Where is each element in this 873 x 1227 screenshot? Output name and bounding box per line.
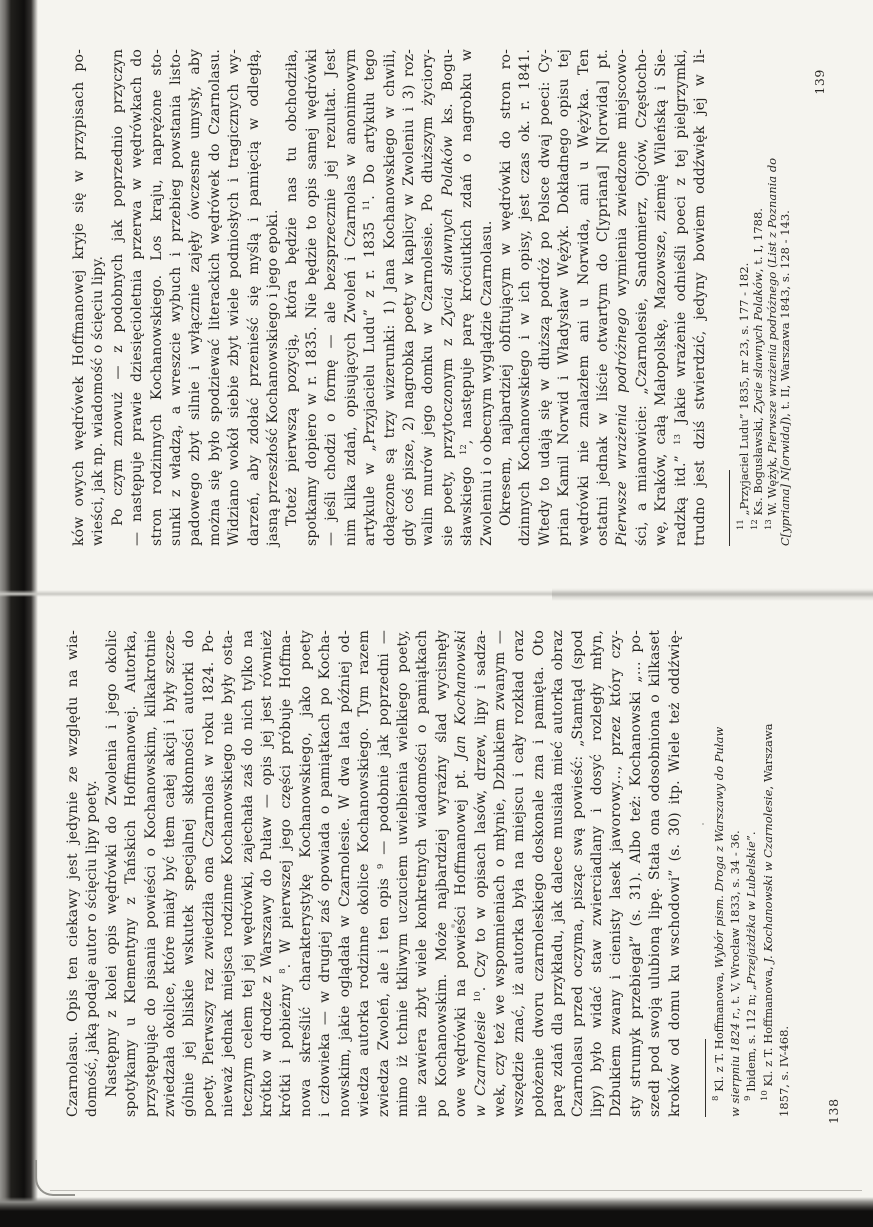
text-line: Zwoleniu i o obecnym wyglądzie Czarnolas… [478,49,497,546]
text-line: walin murów jego domku w Czarnolesie. Po… [419,49,438,546]
text-line: Toteż pierwszą pozycją, która będzie nas… [283,49,302,546]
text-line: dołączone są trzy wizerunki: 1) Jana Koc… [381,49,400,546]
footnote-line: C[ypriana] N[orwida]), t. II, Warszawa 1… [779,49,793,546]
text-line: nowskim, jakie oglądała w Czarnolesie. W… [336,630,355,1117]
page-number-139: 139 [812,69,827,149]
book-spread-rotated: Czarnolasu. Opis ten ciekawy jest jedyni… [0,0,873,1227]
text-line: gdy coś pisze, 2) nagrobka poety w kapli… [400,49,419,546]
text-line: padowego zbyt silnie i wyłącznie zajęły … [186,49,205,546]
footnote-rule-139 [729,470,730,546]
scanned-book-spread: Czarnolasu. Opis ten ciekawy jest jedyni… [0,0,873,1227]
text-line: położenie dworu czarnoleskiego doskonale… [530,630,549,1117]
footnote-line: 9 Ibidem, s. 112 n; „Przejażdżka w Lubel… [743,630,759,1117]
text-line: sty strumyk przebiegał” (s. 31). Albo te… [627,630,646,1117]
text-line: wiedza autorka rodzinne okolice Kochanow… [355,630,374,1117]
page-139-footnotes: 11 „Przyjaciel Ludu” 1835, nr 23, s. 177… [738,49,793,546]
text-line: wędrówki nie znalazłem ani u Norwida, an… [575,49,594,546]
text-line: wek, czy też we wspomnieniach o młynie, … [491,630,510,1117]
text-line: ków owych wędrówek Hoffmanowej kryje się… [70,49,89,546]
text-line: po Kochanowskim. Może najbardziej wyraźn… [433,630,452,1117]
footnote-line: 12 Ks. Bogusławski, Zycie sławnych Polak… [752,49,766,546]
footnote-rule-138 [705,1039,706,1117]
text-line: Dzbukiem zwany i cienisty lasek jaworowy… [607,630,626,1117]
text-line: domość, jaką podaje autor o ścięciu lipy… [83,630,102,1117]
text-line: zwiedza Zwoleń, ale i ten opis 9 — podob… [375,630,394,1117]
text-line: wszędzie znać, iż autorka była na miejsc… [510,630,529,1117]
text-line: trudno jest dziś stwierdzić, jedyny bowi… [691,49,710,546]
text-line: nie zawiera zbyt wiele konkretnych wiado… [413,630,432,1117]
text-line: Czarnolasu. Opis ten ciekawy jest jedyni… [64,630,83,1117]
text-line: prian Kamil Norwid i Władysław Wężyk. Do… [555,49,574,546]
text-line: Następny z kolei opis wędrówki do Zwolen… [103,630,122,1117]
text-line: tecznym celem tej jej wędrówki, zajechał… [239,630,258,1117]
text-line: parę zdań dla przykładu, jak dalece musi… [549,630,568,1117]
text-line: owe wędrówki na powieści Hoffmanowej pt.… [452,630,471,1117]
text-line: w Czarnolesie 10. Czy to w opisach lasów… [472,630,491,1117]
text-line: stron rodzinnych Kochanowskiego. Los kra… [148,49,167,546]
text-line: dzinnych Kochanowskiego i w ich opisy, j… [516,49,535,546]
text-line: kroków od domu ku wschodowi” (s. 30) itp… [666,630,685,1117]
text-line: nowa skreślić charakterystykę Kochanowsk… [297,630,316,1117]
text-line: spotkamy dopiero w r. 1835. Nie będzie t… [303,49,322,546]
footnote-line: 11 „Przyjaciel Ludu” 1835, nr 23, s. 177… [738,49,752,546]
text-line: szedł pod swoją ulubioną lipę. Stała ona… [646,630,665,1117]
text-line: Czarnolasu przed oczyma, pisząc swą powi… [569,630,588,1117]
text-line: radzką itd.” 13 Jakie wrażenie odnieśli … [672,49,691,546]
page-139-text: ków owych wędrówek Hoffmanowej kryje się… [70,49,710,546]
footnote-line: 13 W. Wężyk, Pierwsze wrażenia podróżneg… [766,49,780,546]
text-line: Po czym znowuż — z podobnych jak poprzed… [109,49,128,546]
text-line: i człowieka — w drugiej zaś opowiada o p… [316,630,335,1117]
page-number-138: 138 [826,1098,841,1124]
text-line: Widziano wokół siebie zbyt wiele podnios… [225,49,244,546]
text-line: nieważ jednak miejsca rodzinne Kochanows… [219,630,238,1117]
page-stack-edge-line [50,1190,862,1191]
text-line: wę, Kraków, całą Małopolskę, Mazowsze, z… [652,49,671,546]
text-line: Pierwsze wrażenia podróżnego wymienia zw… [613,49,632,546]
text-line: można się było spodziewać literackich wę… [206,49,225,546]
page-gutter-shadow [552,588,873,601]
text-line: gólnie jej bliskie wskutek specjalnej sk… [180,630,199,1117]
text-line: poety. Pierwszy raz zwiedziła ona Czarno… [200,630,219,1117]
text-line: Okresem, najbardziej obfitującym w wędró… [497,49,516,546]
text-line: darzeń, aby zdołać przenieść się myślą i… [245,49,264,546]
text-line: ostatni jednak w liście otwartym do C[yp… [594,49,613,546]
page-138-footnotes: 8 Kl. z T. Hoffmanowa, Wybór pism. Droga… [711,630,792,1117]
text-line: jasną przeszłość Kochanowskiego i jego e… [264,49,283,546]
text-line: Wtedy to udają się w dłuższą podróż po P… [536,49,555,546]
text-line: nim kilka zdań, opisujących Zwoleń i Cza… [342,49,361,546]
footnote-line: w sierpniu 1824 r., t. V, Wrocław 1833, … [727,630,743,1117]
text-line: — jeśli chodzi o formę — ale bezsprzeczn… [322,49,341,546]
text-line: artykule w „Przyjacielu Ludu” z r. 1835 … [361,49,380,546]
text-line: ści, a mianowicie: „Czarnolesie, Sandomi… [633,49,652,546]
text-line: krótki i pobieżny 8. W pierwszej jego cz… [277,630,296,1117]
text-line: spotykamy u Klementyny z Tańskich Hoffma… [122,630,141,1117]
footnote-line: 10 Kl. z T. Hoffmanowa, J. Kochanowski w… [760,630,776,1117]
text-line: krótko w drodze z Warszawy do Puław — op… [258,630,277,1117]
footnote-line: 8 Kl. z T. Hoffmanowa, Wybór pism. Droga… [711,630,727,1117]
text-line: mimo iż tchnie tkliwym uczuciem uwielbie… [394,630,413,1117]
text-line: — następuje prawie dziesięcioletnia prze… [128,49,147,546]
text-line: wieści, jak np. wiadomość o ścięciu lipy… [89,49,108,546]
scan-edge-shadow-top [0,0,38,1227]
text-line: sunki z władzą, a wreszcie wybuch i prze… [167,49,186,546]
text-line: przystępując do pisania powieści o Kocha… [142,630,161,1117]
text-line: sie poety, przytoczonym z Zycia sławnych… [439,49,458,546]
text-line: lipy) było widać staw zwierciadlany i do… [588,630,607,1117]
text-line: zwiedzała okolice, które miały być tłem … [161,630,180,1117]
page-138-text: Czarnolasu. Opis ten ciekawy jest jedyni… [64,630,685,1117]
scan-edge-shadow-left [0,1197,873,1227]
text-line: sławskiego 12, następuje parę króciutkic… [458,49,477,546]
footnote-line: 1857, s. IV-468. [776,630,792,1117]
